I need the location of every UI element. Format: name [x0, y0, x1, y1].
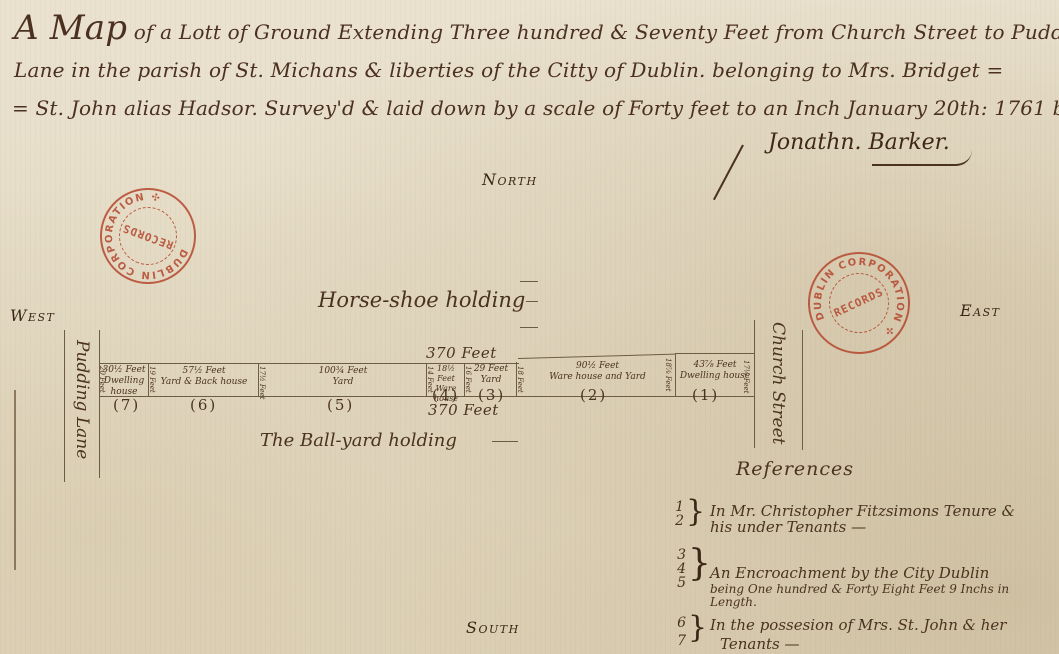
- lot-4-number: (4): [432, 386, 459, 404]
- compass-west: West: [10, 306, 55, 325]
- horse-shoe-holding-label: Horse-shoe holding: [318, 288, 525, 312]
- signature-stroke: [713, 145, 744, 201]
- lot-3-use: Yard: [466, 375, 516, 386]
- lot-3-length: 29 Feet: [466, 364, 516, 375]
- lot-2-number: (2): [580, 386, 607, 404]
- compass-east: East: [960, 301, 1001, 320]
- ref-line: An Encroachment by the City Dublin: [710, 565, 1009, 581]
- lot-6-use: Yard & Back house: [150, 377, 258, 388]
- map-title-rest: of a Lott of Ground Extending Three hund…: [134, 20, 1059, 44]
- holding-tick: [520, 327, 538, 328]
- brace-icon: }: [686, 498, 705, 526]
- holding-tick: [520, 281, 538, 282]
- map-sheet: A Map of a Lott of Ground Extending Thre…: [0, 0, 1059, 654]
- references-heading: References: [736, 458, 854, 480]
- ref-num: 3: [674, 548, 686, 562]
- map-title-line-3: = St. John alias Hadsor. Survey'd & laid…: [12, 96, 1059, 120]
- compass-south: South: [466, 618, 520, 637]
- map-title-heading: A Map: [14, 8, 127, 48]
- lot-6-number: (6): [190, 396, 217, 414]
- reference-entry-1-2: In Mr. Christopher Fitzsimons Tenure & h…: [710, 503, 1015, 535]
- reference-entry-3-5: An Encroachment by the City Dublin being…: [710, 565, 1009, 608]
- lot-2-label: 90½ Feet Ware house and Yard: [520, 361, 675, 383]
- lot-1-use: Dwelling house: [677, 371, 753, 382]
- signature-flourish: [872, 150, 972, 166]
- compass-north: North: [482, 170, 538, 189]
- ref-num: 2: [672, 514, 684, 528]
- lot-5-number: (5): [327, 396, 354, 414]
- ref-num: 1: [672, 500, 684, 514]
- lot-1-number: (1): [692, 386, 719, 404]
- lot-2-use: Ware house and Yard: [520, 372, 675, 383]
- lot-5-label: 100¾ Feet Yard: [260, 366, 426, 388]
- lot-7-length: 30½ Feet: [100, 365, 148, 376]
- holding-tick: [492, 441, 518, 442]
- map-title-line-1: A Map of a Lott of Ground Extending Thre…: [14, 8, 1059, 48]
- lot-5-length: 100¾ Feet: [260, 366, 426, 377]
- reference-numbers-1-2: 1 2: [672, 500, 684, 528]
- lot-2-length: 90½ Feet: [520, 361, 675, 372]
- reference-numbers-6-7: 6 7: [674, 614, 686, 650]
- brace-icon: }: [688, 550, 711, 578]
- ref-line: In Mr. Christopher Fitzsimons Tenure &: [710, 503, 1015, 519]
- lot-1-label: 43⅞ Feet Dwelling house: [677, 360, 753, 382]
- church-street-east-edge: [802, 330, 803, 450]
- total-length-top: 370 Feet: [426, 344, 497, 362]
- ref-line: his under Tenants —: [710, 519, 1015, 535]
- lot-1-length: 43⅞ Feet: [677, 360, 753, 371]
- ref-line: Length.: [710, 597, 1009, 608]
- pudding-lane-label: Pudding Lane: [72, 340, 92, 459]
- lot-6-label: 57½ Feet Yard & Back house: [150, 366, 258, 388]
- divider-2-1: [675, 354, 676, 396]
- pudding-lane-west-edge: [64, 330, 65, 482]
- church-street-label: Church Street: [768, 322, 788, 444]
- dublin-corporation-stamp-east: DUBLIN CORPORATION ✣ RECORDS: [791, 235, 927, 371]
- ref-num: 7: [674, 632, 686, 650]
- lot-5-use: Yard: [260, 377, 426, 388]
- church-street-west-edge: [754, 320, 755, 448]
- reference-entry-6-7: In the possesion of Mrs. St. John & her …: [710, 616, 1006, 654]
- plot-top-boundary-slope: [518, 354, 675, 359]
- ref-line: In the possesion of Mrs. St. John & her: [710, 616, 1006, 635]
- dublin-corporation-stamp-west: DUBLIN CORPORATION ✣ RECORDS: [86, 174, 209, 297]
- ref-num: 4: [674, 562, 686, 576]
- lot-3-label: 29 Feet Yard: [466, 364, 516, 386]
- ball-yard-holding-label: The Ball-yard holding: [260, 430, 457, 451]
- lot-6-length: 57½ Feet: [150, 366, 258, 377]
- lot-4-length: 18½ Feet: [428, 364, 464, 384]
- brace-icon: }: [688, 614, 707, 642]
- ref-num: 5: [674, 576, 686, 590]
- plot-top-boundary-east: [675, 353, 754, 354]
- lot-3-number: (3): [478, 386, 505, 404]
- reference-numbers-3-5: 3 4 5: [674, 548, 686, 590]
- holding-tick: [526, 301, 538, 302]
- lot-7-number: (7): [113, 396, 140, 414]
- ref-line: Tenants —: [710, 635, 1006, 654]
- pudding-lane-east-edge: [99, 330, 100, 478]
- ref-num: 6: [674, 614, 686, 632]
- sheet-margin-line: [14, 390, 16, 570]
- map-title-line-2: Lane in the parish of St. Michans & libe…: [14, 58, 1003, 82]
- lot-7-label: 30½ Feet Dwelling house: [100, 365, 148, 398]
- lot-7-use: Dwelling house: [100, 376, 148, 398]
